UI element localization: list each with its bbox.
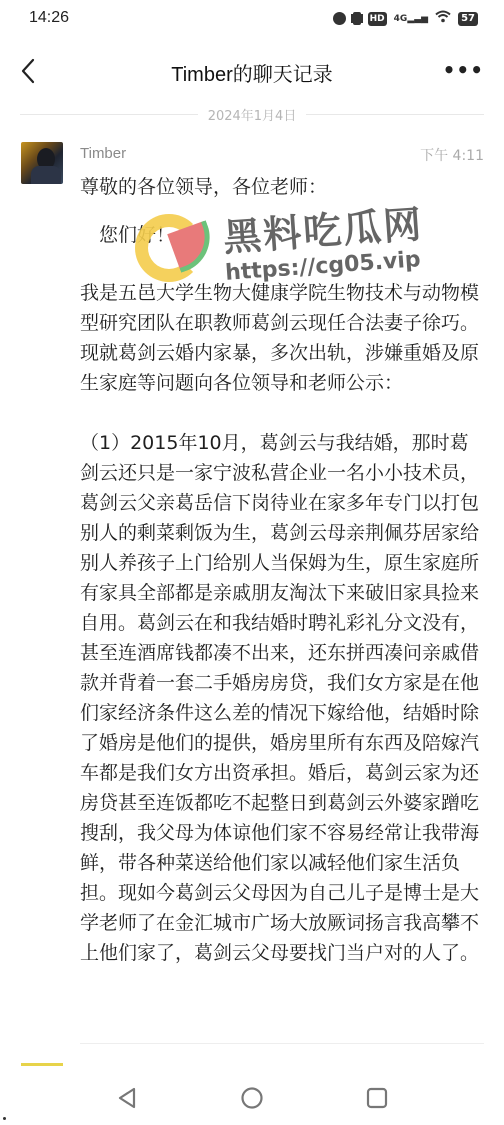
next-message-avatar[interactable] bbox=[21, 1063, 63, 1066]
signal-bars-icon: ▂▃▅ bbox=[407, 14, 428, 24]
status-bar: 14:26 HD 4G▂▃▅ 57 bbox=[0, 0, 504, 36]
message-divider bbox=[80, 1043, 484, 1044]
more-dots-icon: ••• bbox=[443, 58, 484, 82]
status-time: 14:26 bbox=[29, 9, 69, 27]
square-recents-icon bbox=[364, 1085, 390, 1111]
message-paragraph: （1）2015年10月，葛剑云与我结婚，那时葛剑云还只是一家宁波私营企业一名小小… bbox=[80, 428, 480, 968]
system-nav-bar bbox=[0, 1080, 504, 1120]
more-options-button[interactable]: ••• bbox=[443, 58, 484, 82]
status-icons: HD 4G▂▃▅ 57 bbox=[333, 10, 478, 27]
circle-home-icon bbox=[239, 1085, 265, 1111]
alarm-icon bbox=[333, 12, 346, 25]
page-title: Timber的聊天记录 bbox=[0, 58, 504, 87]
date-divider: 2024年1月4日 bbox=[20, 104, 484, 124]
vibrate-icon bbox=[353, 12, 361, 25]
avatar[interactable] bbox=[21, 142, 63, 184]
divider-line bbox=[306, 114, 484, 115]
date-label: 2024年1月4日 bbox=[198, 105, 307, 124]
sender-name: Timber bbox=[80, 145, 126, 162]
4g-signal-icon: 4G▂▃▅ bbox=[394, 12, 428, 26]
avatar-body bbox=[31, 166, 61, 184]
edge-dot bbox=[3, 1117, 6, 1120]
divider-line bbox=[20, 114, 198, 115]
nav-back-button[interactable] bbox=[114, 1085, 140, 1111]
hd-icon: HD bbox=[368, 12, 387, 26]
message-content[interactable]: 尊敬的各位领导，各位老师： 您们好！ 我是五邑大学生物大健康学院生物技术与动物模… bbox=[80, 172, 480, 968]
message-paragraph: 我是五邑大学生物大健康学院生物技术与动物模型研究团队在职教师葛剑云现任合法妻子徐… bbox=[80, 278, 480, 398]
message-paragraph: 尊敬的各位领导，各位老师： bbox=[80, 172, 480, 202]
wifi-icon bbox=[435, 10, 451, 27]
triangle-back-icon bbox=[114, 1085, 140, 1111]
chat-history-header: Timber的聊天记录 ••• bbox=[0, 48, 504, 94]
message-paragraph: 您们好！ bbox=[80, 220, 480, 250]
message-time: 下午 4:11 bbox=[420, 145, 484, 165]
nav-home-button[interactable] bbox=[239, 1085, 265, 1111]
network-label: 4G bbox=[394, 14, 408, 24]
battery-icon: 57 bbox=[458, 12, 478, 26]
nav-recents-button[interactable] bbox=[364, 1085, 390, 1111]
